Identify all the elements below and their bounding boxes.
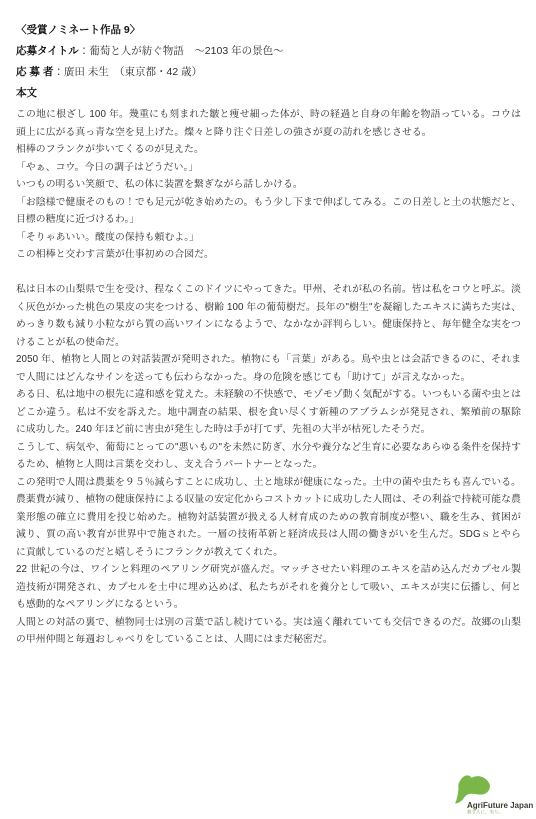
entry-title-line: 応募タイトル：葡萄と人が紡ぐ物語 ～2103 年の景色～ bbox=[16, 41, 521, 62]
paragraph-break bbox=[16, 264, 521, 282]
body-paragraph: 「そりゃあいい。酸度の保持も頼むよ。」 bbox=[16, 229, 521, 247]
body-paragraph: 22 世紀の今は、ワインと料理のペアリング研究が盛んだ。マッチさせたい料理のエキ… bbox=[16, 561, 521, 614]
document-page: 〈受賞ノミネート作品 9〉 応募タイトル：葡萄と人が紡ぐ物語 ～2103 年の景… bbox=[0, 0, 536, 819]
body-paragraph: 人間との対話の裏で、植物同士は別の言葉で話し続けている。実は遠く離れていても交信… bbox=[16, 614, 521, 649]
category-header: 〈受賞ノミネート作品 9〉 bbox=[16, 20, 521, 41]
body-paragraph: 相棒のフランクが歩いてくるのが見えた。 bbox=[16, 141, 521, 159]
body-paragraph: この相棒と交わす言葉が仕事初めの合図だ。 bbox=[16, 246, 521, 264]
body-paragraph: 「やぁ、コウ。今日の調子はどうだい。」 bbox=[16, 159, 521, 177]
body-paragraph: 「お陰様で健康そのもの！でも足元が乾き始めたの。もう少し下まで伸ばしてみる。この… bbox=[16, 194, 521, 229]
applicant-line: 応 募 者：廣田 未生 （東京都・42 歳） bbox=[16, 62, 521, 83]
body-paragraph: 2050 年、植物と人間との対話装置が発明された。植物にも「言葉」がある。鳥や虫… bbox=[16, 351, 521, 386]
body-paragraph: 私は日本の山梨県で生を受け、程なくこのドイツにやってきた。甲州、それが私の名前。… bbox=[16, 281, 521, 351]
body-paragraph: いつもの明るい笑顔で、私の体に装置を繋ぎながら話しかける。 bbox=[16, 176, 521, 194]
brand-tagline: 耕す人に、実り。 bbox=[467, 811, 528, 816]
body-heading: 本文 bbox=[16, 83, 521, 104]
agrifuture-japan-logo: AgriFuture Japan 耕す人に、実り。 bbox=[451, 770, 535, 816]
applicant-value: ：廣田 未生 （東京都・42 歳） bbox=[53, 66, 202, 78]
logo-text-block: AgriFuture Japan 耕す人に、実り。 bbox=[467, 802, 535, 816]
body-paragraph: ある日、私は地中の根先に違和感を覚えた。未経験の不快感で、モゾモゾ動く気配がする… bbox=[16, 386, 521, 439]
body-paragraph: こうして、病気や、葡萄にとっての"悪いもの"を未然に防ぎ、水分や養分など生育に必… bbox=[16, 439, 521, 474]
entry-title-value: ：葡萄と人が紡ぐ物語 ～2103 年の景色～ bbox=[79, 45, 284, 57]
body-paragraph: この地に根ざし 100 年。幾重にも刻まれた皺と痩せ細った体が、時の経過と自身の… bbox=[16, 106, 521, 141]
body-paragraph: この発明で人間は農薬を９５％減らすことに成功し、土と地球が健康になった。土中の菌… bbox=[16, 474, 521, 562]
applicant-label: 応 募 者 bbox=[16, 66, 53, 78]
entry-title-label: 応募タイトル bbox=[16, 45, 79, 57]
story-body: この地に根ざし 100 年。幾重にも刻まれた皺と痩せ細った体が、時の経過と自身の… bbox=[16, 106, 521, 649]
